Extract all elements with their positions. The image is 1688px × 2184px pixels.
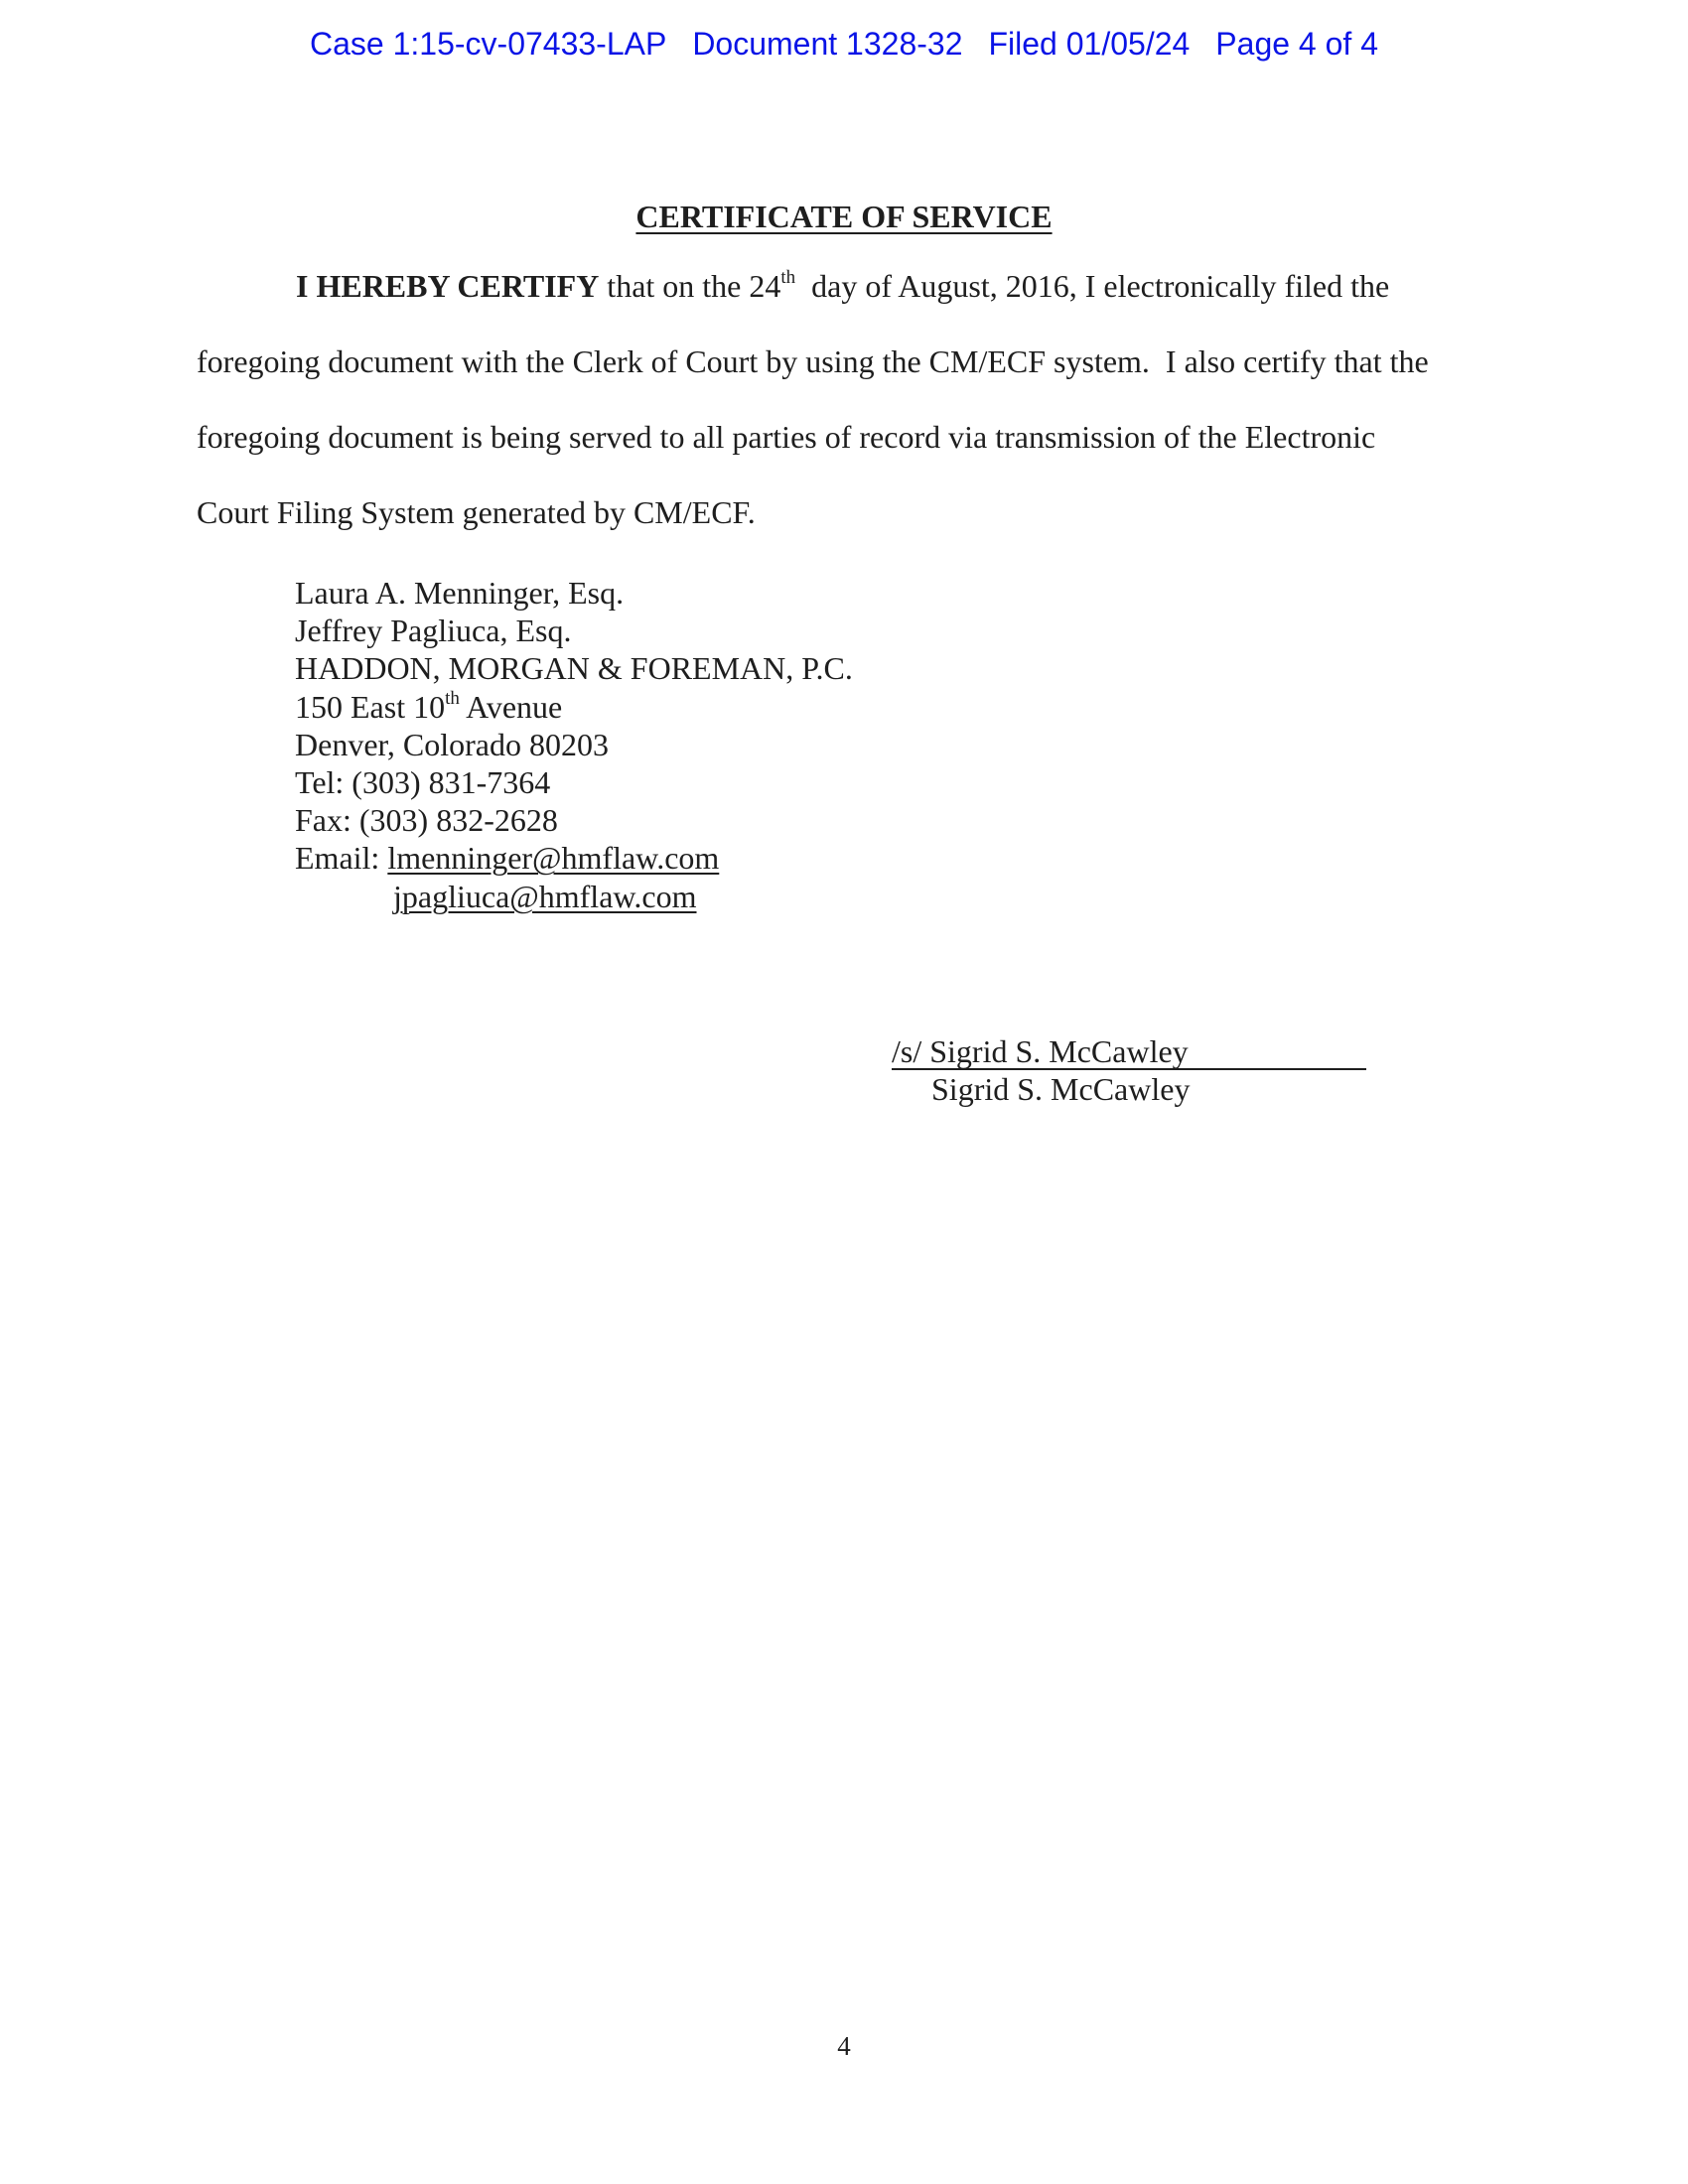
certify-text-a: that on the 24 xyxy=(599,268,780,304)
certification-line-4: Court Filing System generated by CM/ECF. xyxy=(197,494,756,531)
email-row-2: jpagliuca@hmflaw.com xyxy=(295,878,853,915)
page-number: 4 xyxy=(0,2031,1688,2062)
certify-lead: I HEREBY CERTIFY xyxy=(296,268,599,304)
certification-line-2: foregoing document with the Clerk of Cou… xyxy=(197,343,1429,380)
page-indicator: Page 4 of 4 xyxy=(1215,26,1378,62)
law-firm: HADDON, MORGAN & FOREMAN, P.C. xyxy=(295,649,853,687)
email-row: Email: lmenninger@hmflaw.com xyxy=(295,839,853,877)
ecf-filing-header: Case 1:15-cv-07433-LAPDocument 1328-32Fi… xyxy=(0,26,1688,63)
ordinal-suffix: th xyxy=(780,267,795,288)
document-number: Document 1328-32 xyxy=(692,26,962,62)
street-text: 150 East 10 xyxy=(295,689,445,725)
email-label: Email: xyxy=(295,840,387,876)
service-list: Laura A. Menninger, Esq. Jeffrey Pagliuc… xyxy=(295,574,853,915)
telephone: Tel: (303) 831-7364 xyxy=(295,763,853,801)
certification-line-1: I HEREBY CERTIFY that on the 24th day of… xyxy=(296,268,1389,305)
email-link-pagliuca[interactable]: jpagliuca@hmflaw.com xyxy=(393,879,697,914)
electronic-signature: /s/ Sigrid S. McCawley xyxy=(892,1035,1366,1070)
filed-date: Filed 01/05/24 xyxy=(988,26,1190,62)
street-address: 150 East 10th Avenue xyxy=(295,688,853,726)
signature-block: /s/ Sigrid S. McCawley Sigrid S. McCawle… xyxy=(892,1032,1366,1108)
attorney-name-2: Jeffrey Pagliuca, Esq. xyxy=(295,612,853,649)
ordinal-suffix: th xyxy=(445,688,460,709)
city-state-zip: Denver, Colorado 80203 xyxy=(295,726,853,763)
document-page: Case 1:15-cv-07433-LAPDocument 1328-32Fi… xyxy=(0,0,1688,2184)
attorney-name-1: Laura A. Menninger, Esq. xyxy=(295,574,853,612)
certify-text-b: day of August, 2016, I electronically fi… xyxy=(795,268,1389,304)
street-text-b: Avenue xyxy=(460,689,562,725)
signer-name: Sigrid S. McCawley xyxy=(892,1070,1366,1108)
page-title: CERTIFICATE OF SERVICE xyxy=(0,199,1688,235)
email-link-menninger[interactable]: lmenninger@hmflaw.com xyxy=(387,840,719,876)
certification-line-3: foregoing document is being served to al… xyxy=(197,419,1375,456)
fax: Fax: (303) 832-2628 xyxy=(295,801,853,839)
case-number: Case 1:15-cv-07433-LAP xyxy=(310,26,666,62)
